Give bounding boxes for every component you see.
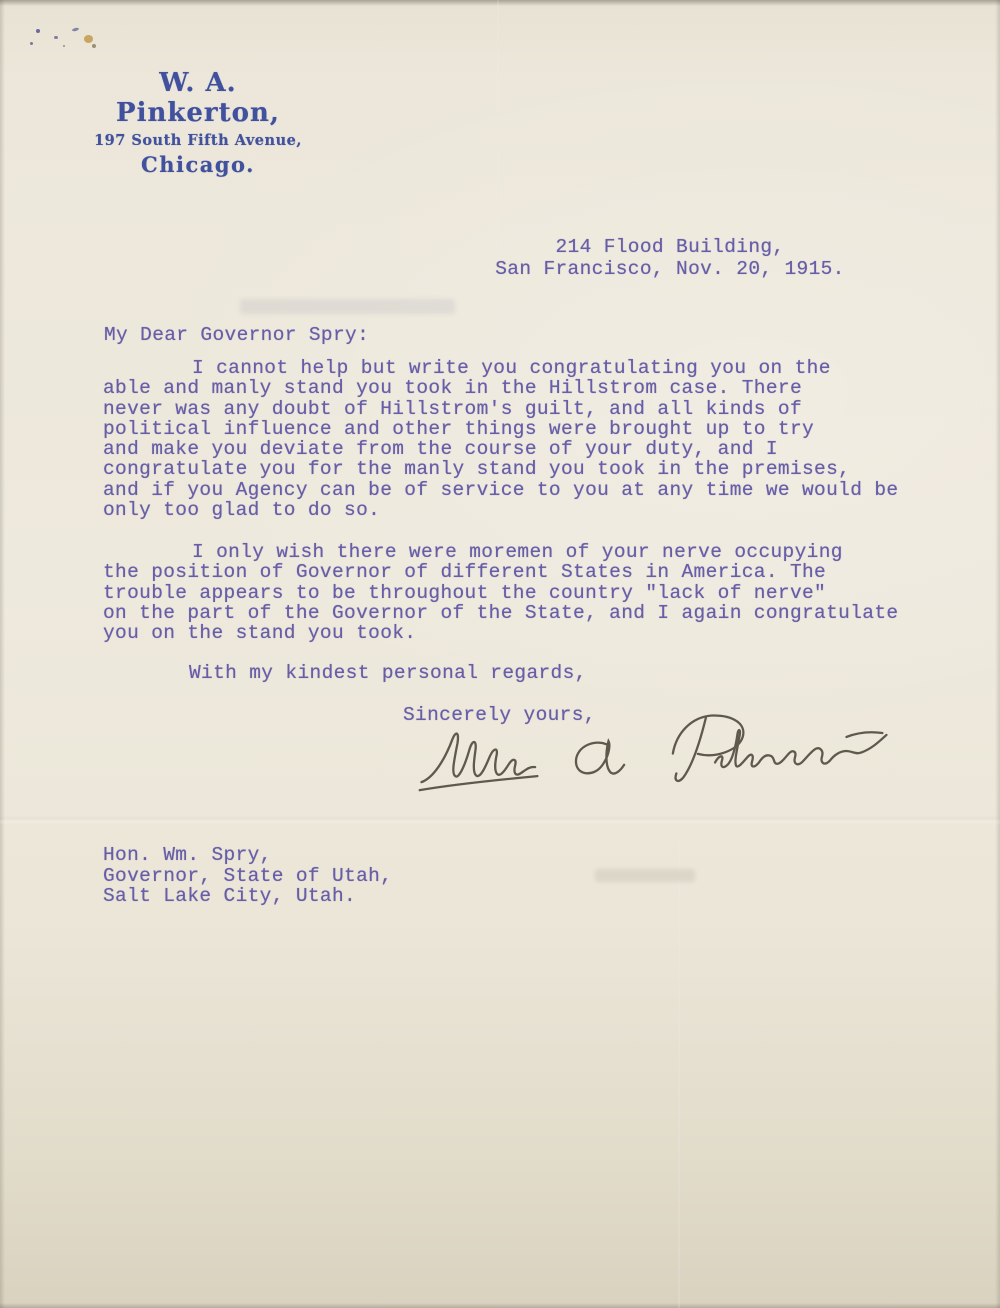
closing-regards: With my kindest personal regards, [189, 662, 587, 684]
addressee-name: Hon. Wm. Spry, [103, 845, 392, 866]
body-line: you on the stand you took. [103, 623, 918, 643]
body-line: trouble appears to be throughout the cou… [103, 583, 918, 603]
ink-speck [54, 36, 58, 39]
ink-speck [36, 29, 40, 33]
addressee-block: Hon. Wm. Spry, Governor, State of Utah, … [103, 845, 392, 907]
body-line: only too glad to do so. [103, 500, 918, 520]
body-line: I cannot help but write you congratulati… [103, 358, 918, 378]
body-paragraph-1: I cannot help but write you congratulati… [103, 358, 918, 520]
letterhead-address: 197 South Fifth Avenue, [78, 130, 318, 152]
addressee-title: Governor, State of Utah, [103, 866, 392, 887]
bleedthrough-smudge [240, 299, 455, 314]
body-line: congratulate you for the manly stand you… [103, 459, 918, 479]
dateline-city-date: San Francisco, Nov. 20, 1915. [492, 259, 848, 281]
dateline-building: 214 Flood Building, [492, 237, 848, 259]
ink-speck [30, 42, 33, 45]
body-line: never was any doubt of Hillstrom's guilt… [103, 399, 918, 419]
scan-edge-left [0, 0, 5, 1308]
letterhead-name: W. A. Pinkerton, [78, 68, 318, 128]
body-line: and if you Agency can be of service to y… [103, 480, 918, 500]
signature [414, 706, 896, 815]
stain-speck [84, 35, 93, 43]
ink-speck [72, 27, 80, 32]
body-line: and make you deviate from the course of … [103, 439, 918, 459]
addressee-city: Salt Lake City, Utah. [103, 886, 392, 907]
salutation: My Dear Governor Spry: [104, 324, 369, 346]
dateline: 214 Flood Building, San Francisco, Nov. … [492, 237, 848, 280]
fold-crease-horizontal [0, 815, 1000, 825]
bleedthrough-smudge [595, 869, 695, 882]
letterhead-city: Chicago. [78, 152, 318, 177]
body-line: I only wish there were moremen of your n… [103, 542, 918, 562]
body-line: the position of Governor of different St… [103, 562, 918, 582]
body-paragraph-2: I only wish there were moremen of your n… [103, 542, 918, 643]
fold-crease-vertical-bottom [678, 835, 680, 1308]
stain-speck [92, 44, 96, 48]
body-line: on the part of the Governor of the State… [103, 603, 918, 623]
body-line: able and manly stand you took in the Hil… [103, 378, 918, 398]
scan-edge-right [995, 0, 1000, 1308]
letter-page: W. A. Pinkerton, 197 South Fifth Avenue,… [0, 0, 1000, 1308]
ink-speck [63, 45, 65, 47]
body-line: political influence and other things wer… [103, 419, 918, 439]
scan-edge-bottom [0, 1303, 1000, 1308]
letterhead: W. A. Pinkerton, 197 South Fifth Avenue,… [78, 68, 318, 177]
scan-edge-top [0, 0, 1000, 6]
